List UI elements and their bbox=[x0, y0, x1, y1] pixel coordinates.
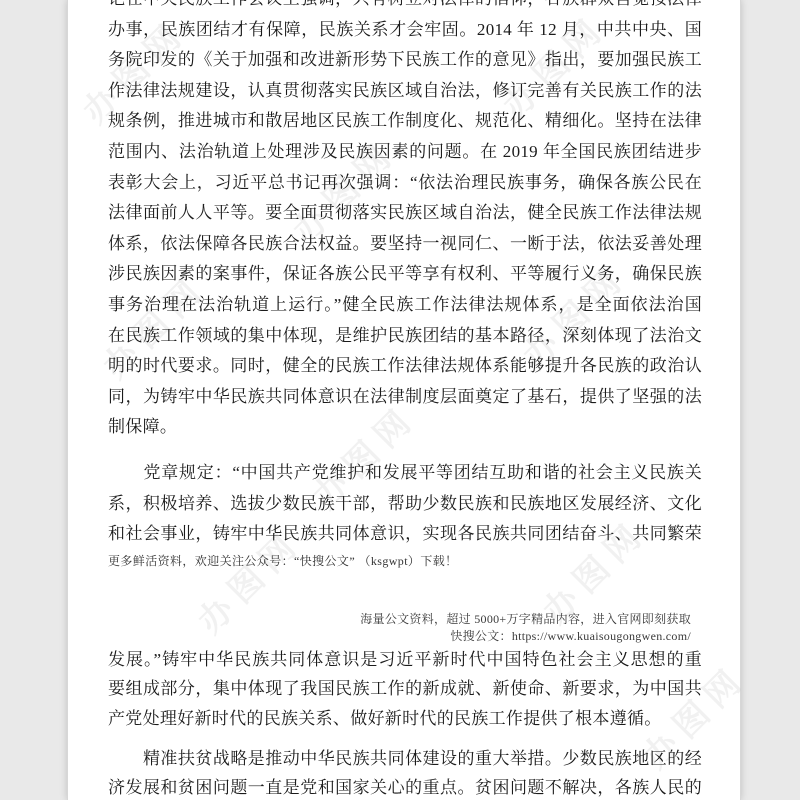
text-line: 记在中央民族工作会议上强调，只有树立对法律的信仰，各族群众自觉按法律 bbox=[108, 0, 702, 15]
text-line: 系，积极培养、选拔少数民族干部，帮助少数民族和民族地区发展经济、文化 bbox=[108, 489, 702, 520]
paragraph-party-charter: 党章规定：“中国共产党维护和发展平等团结互助和谐的社会主义民族关系，积极培养、选… bbox=[108, 458, 702, 550]
promo-line-1: 海量公文资料，超过 5000+万字精品内容，进入官网即刻获取 bbox=[360, 611, 691, 628]
text-line: 精准扶贫战略是推动中华民族共同体建设的重大举措。少数民族地区的经 bbox=[108, 744, 702, 773]
paragraph-development: 发展。”铸牢中华民族共同体意识是习近平新时代中国特色社会主义思想的重要组成部分，… bbox=[108, 645, 702, 733]
text-line: 党章规定：“中国共产党维护和发展平等团结互助和谐的社会主义民族关 bbox=[108, 458, 702, 489]
document-preview: 办图网 办图网 办图网 办图网 办图网 办图网 办图网 办图网 办图网 记在中央… bbox=[0, 0, 800, 800]
text-line: 法律面前人人平等。要全面贯彻落实民族区域自治法，健全民族工作法律法规 bbox=[108, 198, 702, 229]
promo-site-url: 快搜公文：https://www.kuaisougongwen.com/ bbox=[360, 628, 691, 645]
paragraph-legal-system: 记在中央民族工作会议上强调，只有树立对法律的信仰，各族群众自觉按法律办事，民族团… bbox=[108, 0, 702, 443]
text-line: 制保障。 bbox=[108, 412, 702, 443]
text-line: 体系，依法保障各民族合法权益。要坚持一视同仁、一断于法，依法妥善处理 bbox=[108, 229, 702, 260]
text-line: 事务治理在法治轨道上运行。”健全民族工作法律法规体系，是全面依法治国 bbox=[108, 290, 702, 321]
text-line: 办事，民族团结才有保障，民族关系才会牢固。2014 年 12 月，中共中央、国 bbox=[108, 15, 702, 46]
text-line: 在民族工作领域的集中体现，是维护民族团结的基本路径，深刻体现了法治文 bbox=[108, 321, 702, 352]
text-line: 产党处理好新时代的民族关系、做好新时代的民族工作提供了根本遵循。 bbox=[108, 704, 702, 733]
text-line: 和社会事业，铸牢中华民族共同体意识，实现各民族共同团结奋斗、共同繁荣 bbox=[108, 519, 702, 550]
promo-note: 海量公文资料，超过 5000+万字精品内容，进入官网即刻获取 快搜公文：http… bbox=[360, 611, 691, 645]
text-line: 务院印发的《关于加强和改进新形势下民族工作的意见》指出，要加强民族工 bbox=[108, 45, 702, 76]
text-line: 发展。”铸牢中华民族共同体意识是习近平新时代中国特色社会主义思想的重 bbox=[108, 645, 702, 674]
text-line: 明的时代要求。同时，健全的民族工作法律法规体系能够提升各民族的政治认 bbox=[108, 351, 702, 382]
text-line: 涉民族因素的案事件，保证各族公民平等享有权利、平等履行义务，确保民族 bbox=[108, 259, 702, 290]
text-line: 要组成部分，集中体现了我国民族工作的新成就、新使命、新要求，为中国共 bbox=[108, 674, 702, 703]
text-line: 范围内、法治轨道上处理涉及民族因素的问题。在 2019 年全国民族团结进步 bbox=[108, 137, 702, 168]
document-page: 办图网 办图网 办图网 办图网 办图网 办图网 办图网 办图网 办图网 记在中央… bbox=[67, 0, 741, 800]
page-footer-note: 更多鲜活资料，欢迎关注公众号：“快搜公文” （ksgwpt）下载！ bbox=[108, 552, 458, 569]
text-line: 规条例，推进城市和散居地区民族工作制度化、规范化、精细化。坚持在法律 bbox=[108, 106, 702, 137]
text-line: 济发展和贫困问题一直是党和国家关心的重点。贫困问题不解决，各族人民的 bbox=[108, 773, 702, 800]
text-line: 表彰大会上，习近平总书记再次强调：“依法治理民族事务，确保各族公民在 bbox=[108, 168, 702, 199]
text-line: 作法律法规建设，认真贯彻落实民族区域自治法，修订完善有关民族工作的法 bbox=[108, 76, 702, 107]
text-line: 同，为铸牢中华民族共同体意识在法律制度层面奠定了基石，提供了坚强的法 bbox=[108, 382, 702, 413]
paragraph-poverty: 精准扶贫战略是推动中华民族共同体建设的重大举措。少数民族地区的经济发展和贫困问题… bbox=[108, 744, 702, 800]
